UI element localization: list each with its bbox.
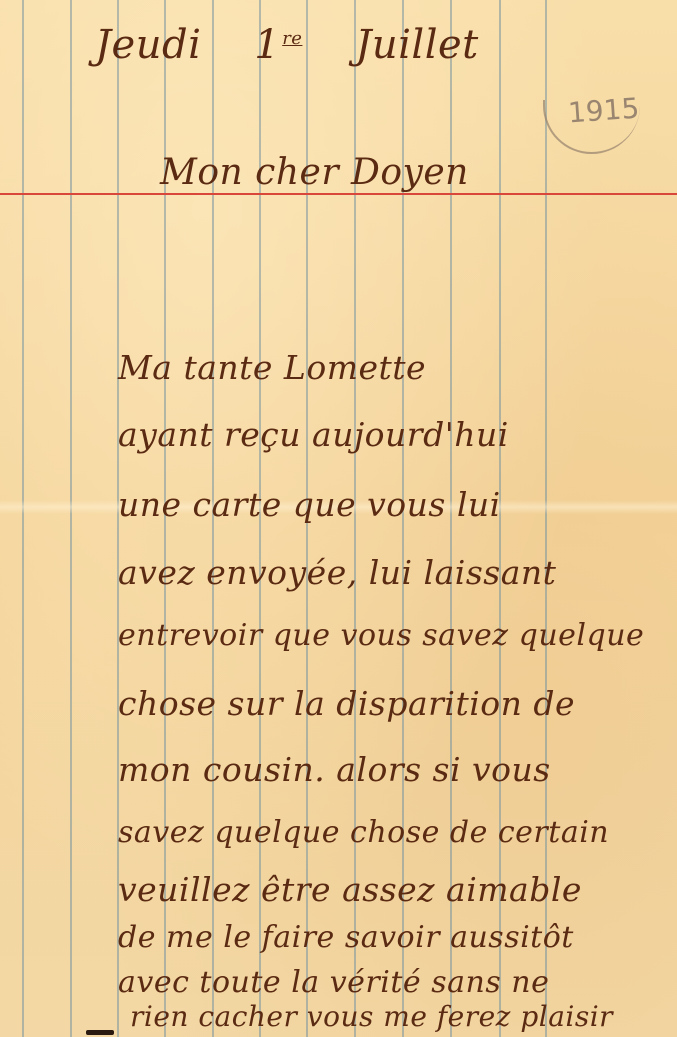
ruled-line	[70, 0, 72, 1037]
date-month: Juillet	[355, 22, 478, 68]
body-line: de me le faire savoir aussitôt	[118, 920, 574, 955]
body-line: rien cacher vous me ferez plaisir	[130, 1000, 613, 1033]
body-line: ayant reçu aujourd'hui	[118, 415, 509, 454]
body-line: entrevoir que vous savez quelque	[118, 618, 644, 653]
date-day: Jeudi	[95, 22, 201, 68]
salutation: Mon cher Doyen	[160, 152, 469, 193]
body-line: savez quelque chose de certain	[118, 815, 609, 850]
date-line: Jeudi 1re Juillet	[95, 22, 479, 68]
date-superscript: re	[282, 28, 302, 49]
red-margin-line	[0, 193, 677, 195]
body-line: avec toute la vérité sans ne	[118, 965, 549, 1000]
letter-page: Jeudi 1re Juillet 1915 Mon cher Doyen Ma…	[0, 0, 677, 1037]
ink-smudge	[86, 1030, 114, 1035]
body-line: Ma tante Lomette	[118, 348, 426, 387]
pencil-year-annotation: 1915	[567, 92, 640, 130]
body-line: chose sur la disparition de	[118, 684, 575, 723]
body-line: mon cousin. alors si vous	[118, 750, 551, 789]
ruled-line	[22, 0, 24, 1037]
body-line: une carte que vous lui	[118, 485, 501, 524]
body-line: avez envoyée, lui laissant	[118, 553, 556, 592]
body-line: veuillez être assez aimable	[118, 870, 582, 909]
date-number: 1	[254, 22, 280, 68]
